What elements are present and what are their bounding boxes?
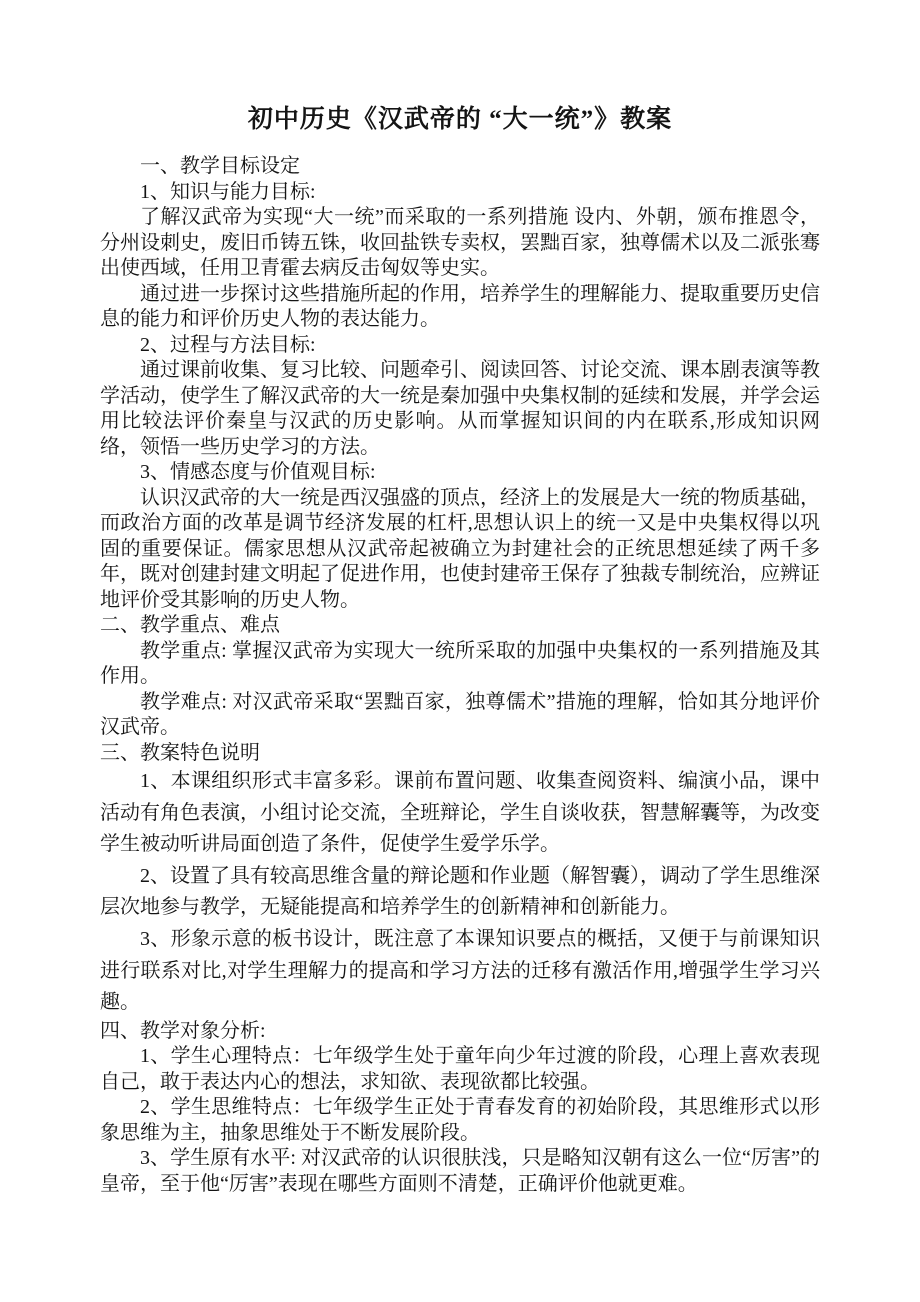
sec4-para-thinking: 2、学生思维特点：七年级学生正处于青春发育的初始阶段，其思维形式以形象思维为主，… — [100, 1095, 820, 1146]
document-page: 初中历史《汉武帝的 “大一统”》教案 一、教学目标设定 1、知识与能力目标: 了… — [0, 0, 920, 1302]
section-3-heading: 三、教案特色说明 — [100, 741, 820, 767]
section-2-heading: 二、教学重点、难点 — [100, 613, 820, 639]
sec1-para-ability-content: 通过进一步探讨这些措施所起的作用，培养学生的理解能力、提取重要历史信息的能力和评… — [100, 282, 820, 333]
sec1-para-process-content: 通过课前收集、复习比较、问题牵引、阅读回答、讨论交流、课本剧表演等教学活动，使学… — [100, 358, 820, 460]
sec3-para-board-design: 3、形象示意的板书设计，既注意了本课知识要点的概括，又便于与前课知识进行联系对比… — [100, 924, 820, 1019]
sec1-sub2-heading-process-method: 2、过程与方法目标: — [100, 333, 820, 359]
sec4-para-prior-level: 3、学生原有水平: 对汉武帝的认识很肤浅，只是略知汉朝有这么一位“厉害”的皇帝，… — [100, 1146, 820, 1197]
sec3-para-debate-homework: 2、设置了具有较高思维含量的辩论题和作业题（解智囊），调动了学生思维深层次地参与… — [100, 861, 820, 924]
sec1-para-emotion-content: 认识汉武帝的大一统是西汉强盛的顶点，经济上的发展是大一统的物质基础，而政治方面的… — [100, 486, 820, 614]
section-4-heading: 四、教学对象分析: — [100, 1019, 820, 1045]
sec2-para-key-point: 教学重点: 掌握汉武帝为实现大一统所采取的加强中央集权的一系列措施及其作用。 — [100, 639, 820, 690]
sec3-para-organization: 1、本课组织形式丰富多彩。课前布置问题、收集查阅资料、编演小品，课中活动有角色表… — [100, 766, 820, 861]
sec4-para-psychology: 1、学生心理特点：七年级学生处于童年向少年过渡的阶段，心理上喜欢表现自己，敢于表… — [100, 1044, 820, 1095]
sec1-sub3-heading-emotion-values: 3、情感态度与价值观目标: — [100, 460, 820, 486]
sec1-para-knowledge-content: 了解汉武帝为实现“大一统”而采取的一系列措施 设内、外朝，颁布推恩令，分州设刺史… — [100, 205, 820, 282]
document-title: 初中历史《汉武帝的 “大一统”》教案 — [100, 104, 820, 136]
document-body: 一、教学目标设定 1、知识与能力目标: 了解汉武帝为实现“大一统”而采取的一系列… — [100, 154, 820, 1197]
sec1-sub1-heading-knowledge-ability: 1、知识与能力目标: — [100, 180, 820, 206]
section-1-heading: 一、教学目标设定 — [100, 154, 820, 180]
sec2-para-difficult-point: 教学难点: 对汉武帝采取“罢黜百家，独尊儒术”措施的理解，恰如其分地评价汉武帝。 — [100, 690, 820, 741]
